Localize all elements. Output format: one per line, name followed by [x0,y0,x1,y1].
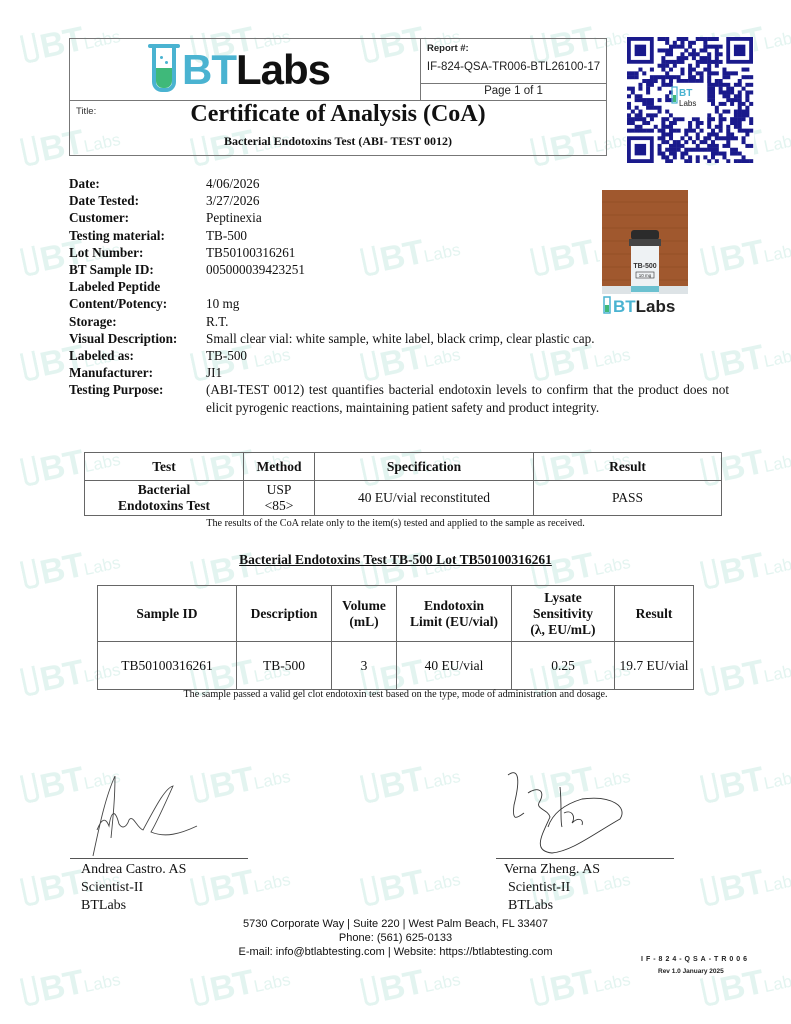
svg-text:BT: BT [679,88,692,99]
lysate-sensitivity-cell: 0.25 [512,642,615,690]
info-label: BT Sample ID: [69,261,206,278]
info-value: (ABI-TEST 0012) test quantifies bacteria… [206,381,729,415]
btlabs-watermark: BTLabs [529,955,633,1014]
specification-cell: 40 EU/vial reconstituted [315,481,534,516]
result-cell: PASS [534,481,722,516]
btlabs-watermark: BTLabs [359,955,463,1014]
report-number: IF-824-QSA-TR006-BTL26100-17 [421,61,606,73]
signatory-org: BTLabs [504,897,600,915]
signature-verna-zheng [502,765,632,860]
info-value: TB-500 [206,347,729,364]
result-cell: 19.7 EU/vial [615,642,694,690]
btlabs-watermark: BTLabs [189,855,293,914]
col-volume: Volume(mL) [332,586,397,642]
btlabs-watermark: BTLabs [359,752,463,811]
document-revision: Rev 1.0 January 2025 [658,968,724,975]
col-description: Description [237,586,332,642]
description-cell: TB-500 [237,642,332,690]
info-value [206,278,596,295]
btlabs-logo: BTLabs [152,43,330,97]
svg-text:TB-500: TB-500 [633,263,656,270]
signatory-name: Andrea Castro. AS [81,861,186,879]
btlabs-watermark: BTLabs [359,855,463,914]
col-lysate-sensitivity: LysateSensitivity(λ, EU/mL) [512,586,615,642]
document-subtitle: Bacterial Endotoxins Test (ABI- TEST 001… [70,134,606,149]
signature-andrea-castro [85,768,205,860]
signatory-role: Scientist-II [81,879,186,897]
svg-text:10 mg: 10 mg [639,273,652,278]
col-endotoxin-limit: EndotoxinLimit (EU/vial) [397,586,512,642]
summary-note: The results of the CoA relate only to th… [0,518,791,529]
logo-labs-text: Labs [236,46,330,94]
document-id: IF-824-QSA-TR006 [641,956,750,963]
table-row: BacterialEndotoxins Test USP<85> 40 EU/v… [85,481,722,516]
info-label: Content/Potency: [69,295,206,312]
info-label: Testing Purpose: [69,381,206,415]
signatory-name: Verna Zheng. AS [504,861,600,879]
info-value: 10 mg [206,295,596,312]
test-tube-icon [152,48,176,92]
detail-table: Sample ID Description Volume(mL) Endotox… [97,585,694,690]
svg-text:Labs: Labs [679,99,696,108]
info-label: Manufacturer: [69,364,206,381]
sample-id-cell: TB50100316261 [98,642,237,690]
qr-code[interactable]: BTLabs [626,37,754,163]
signature-line [70,858,248,859]
signatory-block: Andrea Castro. AS Scientist-II BTLabs [81,861,186,915]
report-cell: Report #: IF-824-QSA-TR006-BTL26100-17 P… [421,39,606,101]
vial-photo: TB-500 10 mg BTLabs [600,188,690,316]
btlabs-watermark: BTLabs [19,955,123,1014]
detail-section-title: Bacterial Endotoxins Test TB-500 Lot TB5… [0,552,791,568]
document-title: Certificate of Analysis (CoA) [70,101,606,128]
info-row: Labeled as:TB-500 [69,347,729,364]
info-value: 3/27/2026 [206,192,596,209]
svg-text:BTLabs: BTLabs [613,297,675,316]
info-value: 4/06/2026 [206,175,596,192]
col-specification: Specification [315,453,534,481]
info-value: JI1 [206,364,729,381]
signatory-org: BTLabs [81,897,186,915]
info-label: Date: [69,175,206,192]
info-row: Visual Description:Small clear vial: whi… [69,330,729,347]
info-label: Date Tested: [69,192,206,209]
table-header-row: Sample ID Description Volume(mL) Endotox… [98,586,694,642]
info-label: Customer: [69,209,206,226]
info-row: Testing Purpose:(ABI-TEST 0012) test qua… [69,381,729,415]
certificate-header: BTLabs Report #: IF-824-QSA-TR006-BTL261… [69,38,607,156]
col-result: Result [534,453,722,481]
detail-note: The sample passed a valid gel clot endot… [0,689,791,700]
table-header-row: Test Method Specification Result [85,453,722,481]
summary-table: Test Method Specification Result Bacteri… [84,452,722,516]
info-value: R.T. [206,313,596,330]
endotoxin-limit-cell: 40 EU/vial [397,642,512,690]
footer-contact: 5730 Corporate Way | Suite 220 | West Pa… [0,917,791,959]
info-label: Labeled Peptide [69,278,206,295]
signatory-role: Scientist-II [504,879,600,897]
btlabs-watermark: BTLabs [189,955,293,1014]
info-label: Testing material: [69,227,206,244]
signatory-block: Verna Zheng. AS Scientist-II BTLabs [504,861,600,915]
info-label: Storage: [69,313,206,330]
table-row: TB50100316261 TB-500 3 40 EU/vial 0.25 1… [98,642,694,690]
volume-cell: 3 [332,642,397,690]
divider [421,83,606,84]
info-label: Lot Number: [69,244,206,261]
info-label: Labeled as: [69,347,206,364]
col-result: Result [615,586,694,642]
footer-phone: Phone: (561) 625-0133 [0,931,791,945]
btlabs-watermark: BTLabs [699,855,791,914]
info-value: TB-500 [206,227,596,244]
logo-cell: BTLabs [70,39,421,101]
col-method: Method [244,453,315,481]
logo-bt-text: BT [182,46,236,94]
btlabs-watermark: BTLabs [699,955,791,1014]
info-label: Visual Description: [69,330,206,347]
info-row: Manufacturer:JI1 [69,364,729,381]
method-cell: USP<85> [244,481,315,516]
report-label: Report #: [427,43,469,54]
footer-address: 5730 Corporate Way | Suite 220 | West Pa… [0,917,791,931]
test-cell: BacterialEndotoxins Test [85,481,244,516]
signature-line [496,858,674,859]
page-indicator: Page 1 of 1 [421,85,606,97]
info-value: 005000039423251 [206,261,596,278]
info-value: Peptinexia [206,209,596,226]
col-sample-id: Sample ID [98,586,237,642]
info-value: Small clear vial: white sample, white la… [206,330,729,347]
info-value: TB50100316261 [206,244,596,261]
btlabs-watermark: BTLabs [699,752,791,811]
col-test: Test [85,453,244,481]
